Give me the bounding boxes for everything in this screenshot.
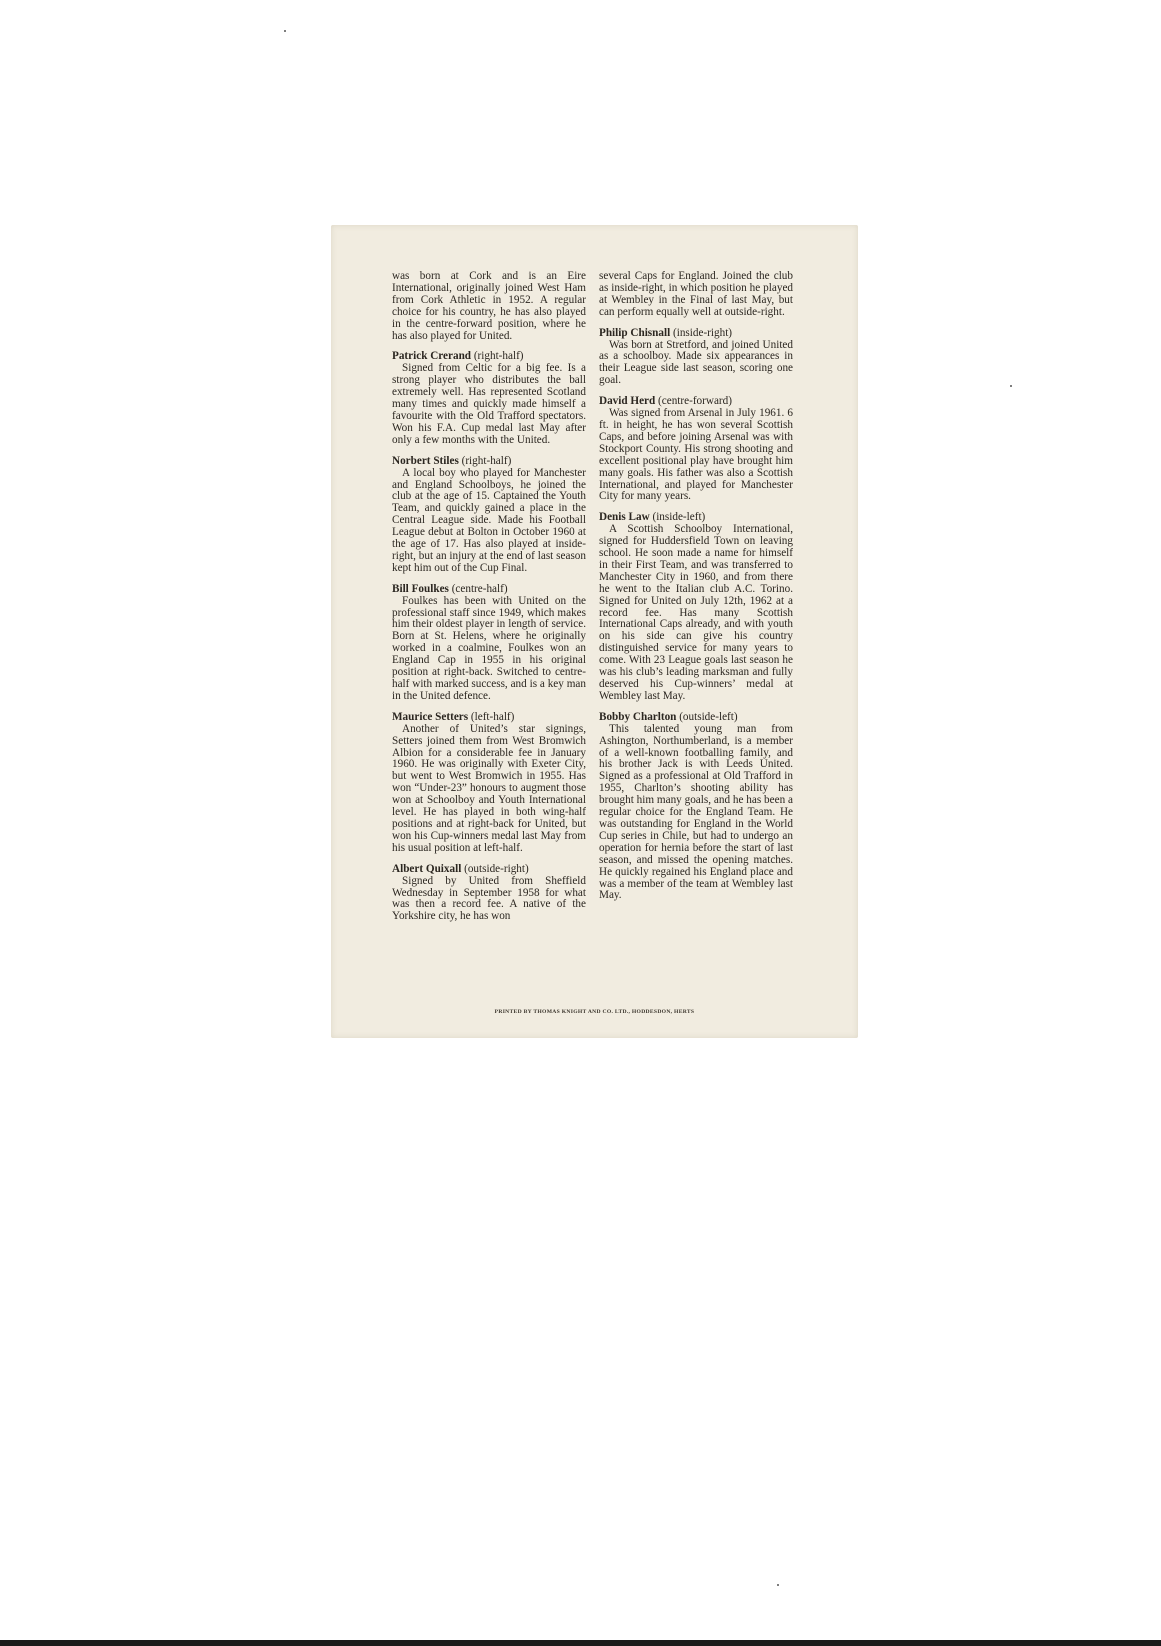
printer-imprint: PRINTED BY THOMAS KNIGHT AND CO. LTD., H… bbox=[331, 1009, 858, 1015]
player-name: Denis Law bbox=[599, 511, 650, 523]
player-heading: Norbert Stiles (right-half) bbox=[392, 456, 586, 468]
player-position: (centre-forward) bbox=[655, 395, 732, 407]
player-position: (inside-left) bbox=[650, 511, 706, 523]
player-position: (outside-right) bbox=[461, 863, 528, 875]
player-name: Maurice Setters bbox=[392, 711, 468, 723]
player-entry: Patrick Crerand (right-half)Signed from … bbox=[392, 351, 586, 446]
player-name: Patrick Crerand bbox=[392, 350, 471, 362]
player-heading: Bill Foulkes (centre-half) bbox=[392, 584, 586, 596]
dust-speck bbox=[284, 30, 286, 32]
player-entry: Albert Quixall (outside-right)Signed by … bbox=[392, 864, 586, 924]
player-position: (right-half) bbox=[459, 455, 512, 467]
player-entry: Maurice Setters (left-half)Another of Un… bbox=[392, 712, 586, 855]
right-column: several Caps for England. Joined the clu… bbox=[599, 271, 793, 911]
player-bio: This talented young man from Ashington, … bbox=[599, 724, 793, 903]
player-position: (centre-half) bbox=[449, 583, 508, 595]
player-name: Norbert Stiles bbox=[392, 455, 459, 467]
continued-text: was born at Cork and is an Eire Internat… bbox=[392, 271, 586, 342]
dust-speck bbox=[777, 1584, 779, 1586]
player-name: Philip Chisnall bbox=[599, 327, 670, 339]
player-heading: Maurice Setters (left-half) bbox=[392, 712, 586, 724]
player-name: Bobby Charlton bbox=[599, 711, 676, 723]
player-bio: A Scottish Schoolboy International, sign… bbox=[599, 524, 793, 703]
left-column: was born at Cork and is an Eire Internat… bbox=[392, 271, 586, 932]
scan-edge-bar bbox=[0, 1640, 1161, 1646]
player-bio: several Caps for England. Joined the clu… bbox=[599, 271, 793, 319]
player-entry: Norbert Stiles (right-half)A local boy w… bbox=[392, 456, 586, 575]
player-bio: Was born at Stretford, and joined United… bbox=[599, 340, 793, 388]
player-entry: Bobby Charlton (outside-left)This talent… bbox=[599, 712, 793, 903]
dust-speck bbox=[1010, 385, 1012, 387]
player-bio: Was signed from Arsenal in July 1961. 6 … bbox=[599, 408, 793, 503]
player-bio: Signed from Celtic for a big fee. Is a s… bbox=[392, 363, 586, 446]
player-name: David Herd bbox=[599, 395, 655, 407]
player-bio: Foulkes has been with United on the prof… bbox=[392, 596, 586, 703]
player-position: (left-half) bbox=[468, 711, 514, 723]
player-bio: Another of United’s star signings, Sette… bbox=[392, 724, 586, 855]
player-name: Bill Foulkes bbox=[392, 583, 449, 595]
continued-text: several Caps for England. Joined the clu… bbox=[599, 271, 793, 319]
player-heading: Albert Quixall (outside-right) bbox=[392, 864, 586, 876]
player-bio: Signed by United from Sheffield Wednesda… bbox=[392, 876, 586, 924]
player-bio: was born at Cork and is an Eire Internat… bbox=[392, 271, 586, 342]
player-entry: David Herd (centre-forward)Was signed fr… bbox=[599, 396, 793, 503]
player-entry: Denis Law (inside-left)A Scottish School… bbox=[599, 512, 793, 703]
player-entry: Philip Chisnall (inside-right)Was born a… bbox=[599, 328, 793, 388]
player-heading: Philip Chisnall (inside-right) bbox=[599, 328, 793, 340]
player-position: (inside-right) bbox=[670, 327, 732, 339]
programme-page: was born at Cork and is an Eire Internat… bbox=[331, 225, 858, 1038]
player-position: (outside-left) bbox=[676, 711, 737, 723]
player-position: (right-half) bbox=[471, 350, 524, 362]
player-entry: Bill Foulkes (centre-half)Foulkes has be… bbox=[392, 584, 586, 703]
player-heading: Bobby Charlton (outside-left) bbox=[599, 712, 793, 724]
player-bio: A local boy who played for Manchester an… bbox=[392, 468, 586, 575]
player-name: Albert Quixall bbox=[392, 863, 461, 875]
